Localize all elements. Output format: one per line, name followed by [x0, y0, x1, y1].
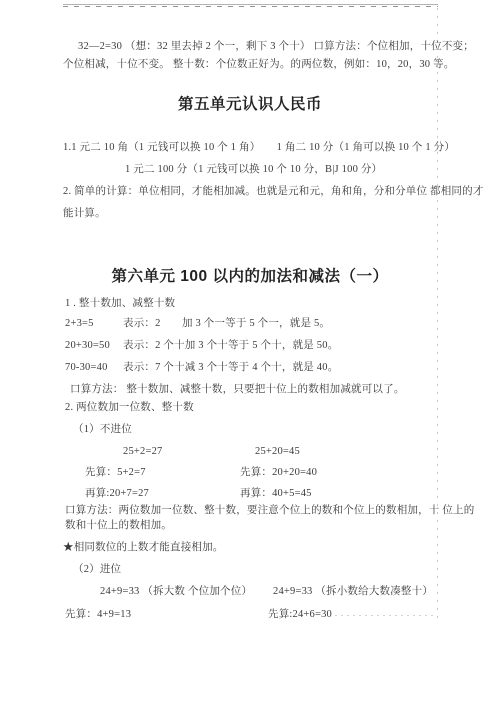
- subsection-1-no-carry: （1）不进位: [73, 423, 132, 437]
- top-rule-solid: [63, 4, 438, 5]
- unit5-line-1: 1.1 元二 10 角（1 元钱可以换 10 个 1 角） 1 角二 10 分（…: [63, 141, 455, 155]
- no-carry-right-step-2: 再算：40+5=45: [240, 487, 312, 501]
- intro-line-2: 个位相减，十位不变。 整十数：个位数正好为。的两位数，例如：10，20，30 等…: [63, 58, 454, 72]
- unit5-line-3: 2. 简单的计算：单位相同，才能相加减。也就是元和元，角和角，分和分单位 都相同…: [63, 185, 484, 199]
- star-note: ★相同数位的上数才能直接相加。: [63, 541, 224, 555]
- example-1-meaning: 表示：2 加 3 个一等于 5 个一，就是 5。: [123, 317, 330, 331]
- oral-method-1: 口算方法： 整十数加、减整十数，只要把十位上的数相加减就可以了。: [70, 383, 405, 397]
- document-page: 32—2=30 （想：32 里去掉 2 个一，剩下 3 个十） 口算方法：个位相…: [0, 0, 500, 707]
- no-carry-left-step-1: 先算：5+2=7: [85, 466, 146, 480]
- carry-right-equation: 24+9=33 （拆小数给大数凑整十）: [273, 585, 433, 599]
- intro-line-1: 32—2=30 （想：32 里去掉 2 个一，剩下 3 个十） 口算方法：个位相…: [78, 40, 474, 54]
- carry-left-step-1: 先算：4+9=13: [65, 608, 131, 622]
- subsection-2-carry: （2）进位: [73, 563, 121, 577]
- unit5-title: 第五单元认识人民币: [0, 92, 500, 114]
- unit5-line-2: 1 元二 100 分（1 元钱可以换 10 个 10 分，B|J 100 分）: [125, 163, 382, 177]
- no-carry-right-equation: 25+20=45: [255, 445, 300, 459]
- example-2-meaning: 表示：2 个十加 3 个十等于 5 个十，就是 50。: [123, 339, 338, 353]
- unit6-section-2-heading: 2. 两位数加一位数、整十数: [65, 401, 194, 415]
- no-carry-left-equation: 25+2=27: [123, 445, 163, 459]
- unit6-section-1-heading: 1 . 整十数加、减整十数: [65, 297, 175, 311]
- no-carry-right-step-1: 先算：20+20=40: [240, 466, 317, 480]
- bottom-dotted-rule: [335, 615, 437, 616]
- example-3-equation: 70-30=40: [65, 361, 108, 375]
- oral-method-2-line-2: 数和十位上的数相加。: [65, 519, 172, 533]
- oral-method-2-line-1: 口算方法：两位数加一位数、整十数，要注意个位上的数和个位上的数相加，十 位上的: [65, 504, 474, 518]
- example-3-meaning: 表示：7 个十减 3 个十等于 4 个十，就是 40。: [123, 361, 338, 375]
- example-2-equation: 20+30=50: [65, 339, 110, 353]
- example-1-equation: 2+3=5: [65, 317, 94, 331]
- unit6-title: 第六单元 100 以内的加法和减法（一）: [0, 264, 500, 286]
- unit5-line-4: 能计算。: [63, 207, 106, 221]
- carry-left-equation: 24+9=33 （拆大数 个位加个位）: [100, 585, 252, 599]
- carry-right-step-1: 先算:24+6=30: [268, 608, 332, 622]
- no-carry-left-step-2: 再算:20+7=27: [85, 487, 149, 501]
- top-rule-dashed: [63, 6, 438, 7]
